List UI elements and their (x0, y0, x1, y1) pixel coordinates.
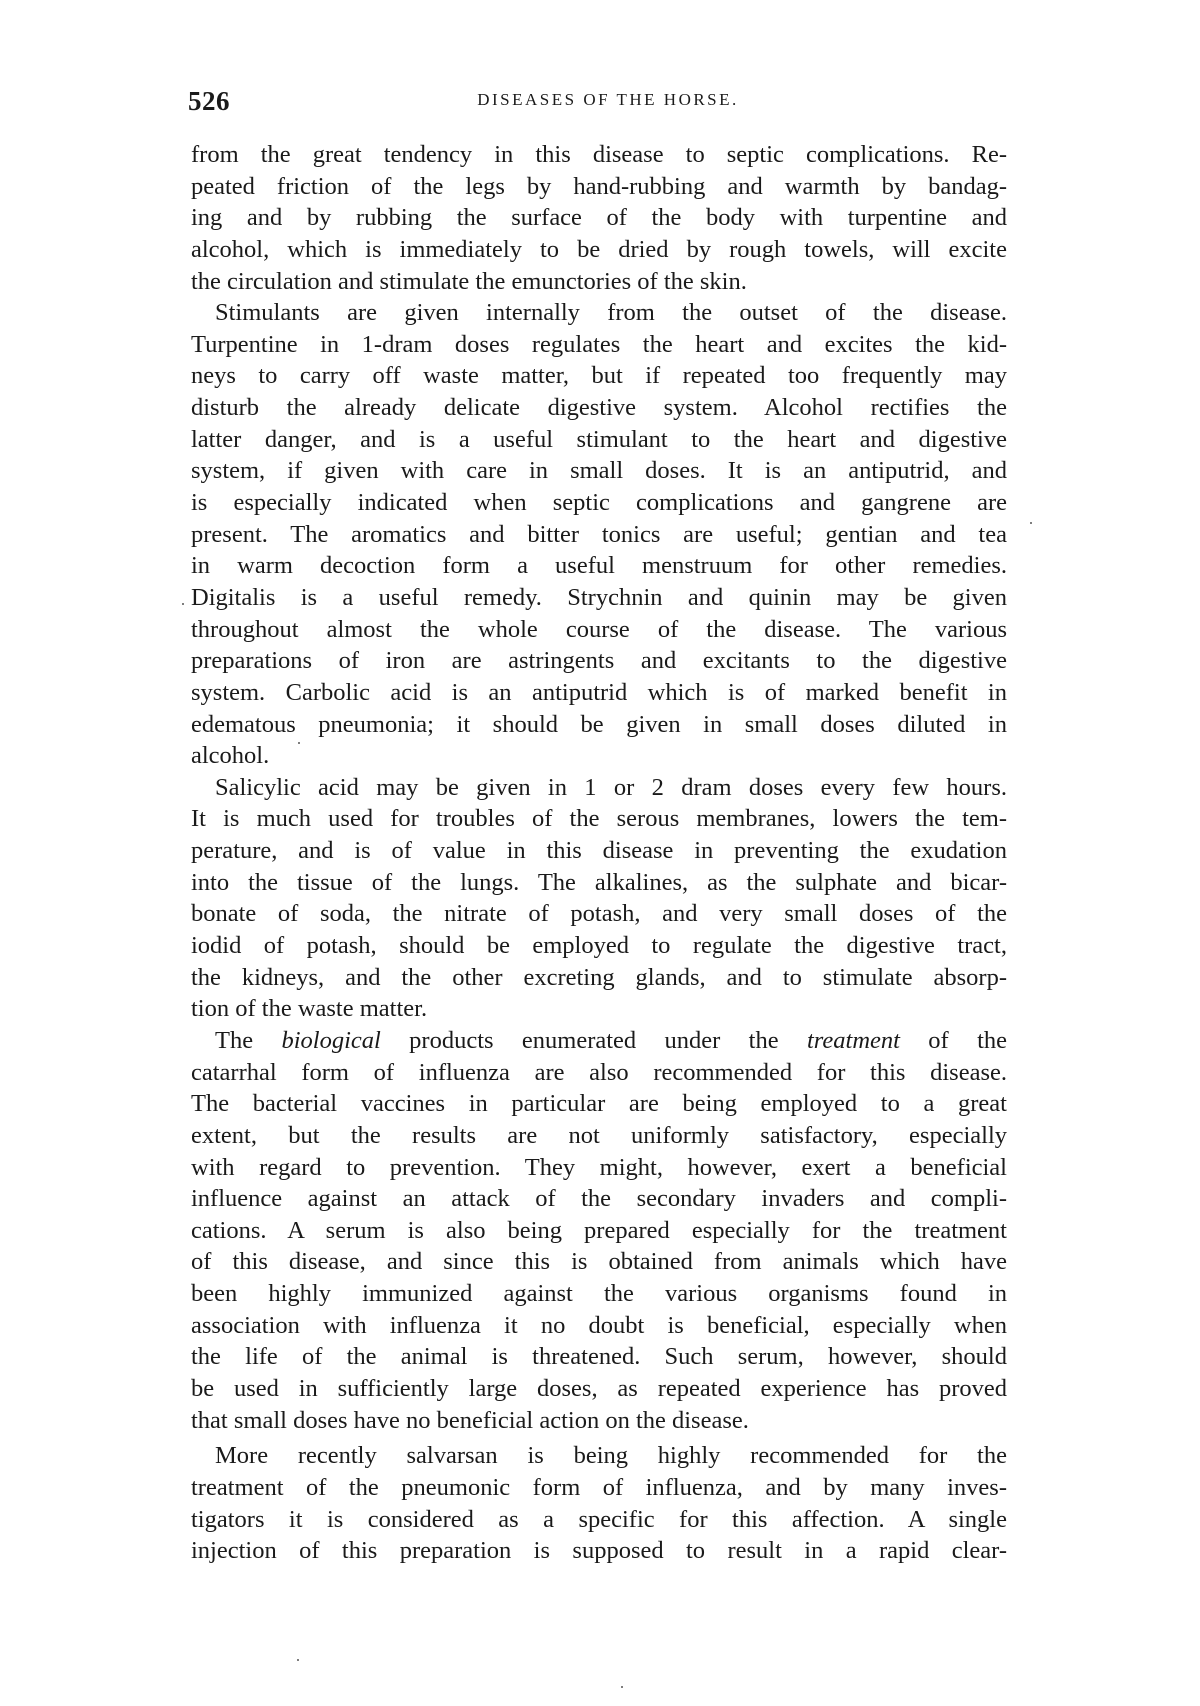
text-line: association with influenza it no doubt i… (191, 1310, 1007, 1342)
text-line: the life of the animal is threatened. Su… (191, 1341, 1007, 1373)
paragraph-salvarsan: More recently salvarsan is being highly … (191, 1440, 1007, 1567)
text-line: into the tissue of the lungs. The alkali… (191, 867, 1007, 899)
text-line: extent, but the results are not uniforml… (191, 1120, 1007, 1152)
italic-word: biological (281, 1027, 380, 1054)
text-line: tigators it is considered as a specific … (191, 1504, 1007, 1536)
scan-speck (298, 742, 300, 744)
text-line: is especially indicated when septic comp… (191, 487, 1007, 519)
text-line: the circulation and stimulate the emunct… (191, 266, 1007, 298)
text-line: Salicylic acid may be given in 1 or 2 dr… (191, 772, 1007, 804)
text-line: throughout almost the whole course of th… (191, 614, 1007, 646)
text-line: catarrhal form of influenza are also rec… (191, 1057, 1007, 1089)
text-line: tion of the waste matter. (191, 993, 1007, 1025)
text-line: iodid of potash, should be employed to r… (191, 930, 1007, 962)
scan-speck (621, 1686, 623, 1688)
text-line: of this disease, and since this is obtai… (191, 1246, 1007, 1278)
text-line: disturb the already delicate digestive s… (191, 392, 1007, 424)
body-text: from the great tendency in this disease … (191, 139, 1007, 1567)
italic-word: treatment (807, 1027, 900, 1054)
text-line: influence against an attack of the secon… (191, 1183, 1007, 1215)
text-line: system. Carbolic acid is an antiputrid w… (191, 677, 1007, 709)
text-line: bonate of soda, the nitrate of potash, a… (191, 898, 1007, 930)
text-line: present. The aromatics and bitter tonics… (191, 519, 1007, 551)
text-line: be used in sufficiently large doses, as … (191, 1373, 1007, 1405)
text-line: latter danger, and is a useful stimulant… (191, 424, 1007, 456)
text-line: from the great tendency in this disease … (191, 139, 1007, 171)
text-line: system, if given with care in small dose… (191, 455, 1007, 487)
running-head: 526 DISEASES OF THE HORSE. (188, 86, 1018, 120)
text-line: treatment of the pneumonic form of influ… (191, 1472, 1007, 1504)
text-line: preparations of iron are astringents and… (191, 645, 1007, 677)
paragraph-continuation: from the great tendency in this disease … (191, 139, 1007, 297)
text-line: alcohol. (191, 740, 1007, 772)
book-page: 526 DISEASES OF THE HORSE. from the grea… (0, 0, 1200, 1706)
running-title: DISEASES OF THE HORSE. (188, 90, 1018, 110)
text-line: with regard to prevention. They might, h… (191, 1152, 1007, 1184)
scan-speck (182, 603, 184, 605)
text-line: edematous pneumonia; it should be given … (191, 709, 1007, 741)
paragraph-biological-products: The biological products enumerated under… (191, 1025, 1007, 1436)
text-line: injection of this preparation is suppose… (191, 1535, 1007, 1567)
text-line: that small doses have no beneficial acti… (191, 1405, 1007, 1437)
text-line: It is much used for troubles of the sero… (191, 803, 1007, 835)
text-line: alcohol, which is immediately to be drie… (191, 234, 1007, 266)
text-line: Stimulants are given internally from the… (191, 297, 1007, 329)
text-line: More recently salvarsan is being highly … (191, 1440, 1007, 1472)
text-line: neys to carry off waste matter, but if r… (191, 360, 1007, 392)
text-line: Digitalis is a useful remedy. Strychnin … (191, 582, 1007, 614)
text-line: perature, and is of value in this diseas… (191, 835, 1007, 867)
scan-speck (1030, 522, 1032, 524)
text-line: ing and by rubbing the surface of the bo… (191, 202, 1007, 234)
text-line: The bacterial vaccines in particular are… (191, 1088, 1007, 1120)
paragraph-salicylic-acid: Salicylic acid may be given in 1 or 2 dr… (191, 772, 1007, 1025)
text-line: the kidneys, and the other excreting gla… (191, 962, 1007, 994)
text-line: Turpentine in 1-dram doses regulates the… (191, 329, 1007, 361)
paragraph-stimulants: Stimulants are given internally from the… (191, 297, 1007, 772)
text-line: The biological products enumerated under… (191, 1025, 1007, 1057)
text-line: peated friction of the legs by hand-rubb… (191, 171, 1007, 203)
text-line: been highly immunized against the variou… (191, 1278, 1007, 1310)
text-line: in warm decoction form a useful menstruu… (191, 550, 1007, 582)
scan-speck (297, 1659, 299, 1661)
text-line: cations. A serum is also being prepared … (191, 1215, 1007, 1247)
